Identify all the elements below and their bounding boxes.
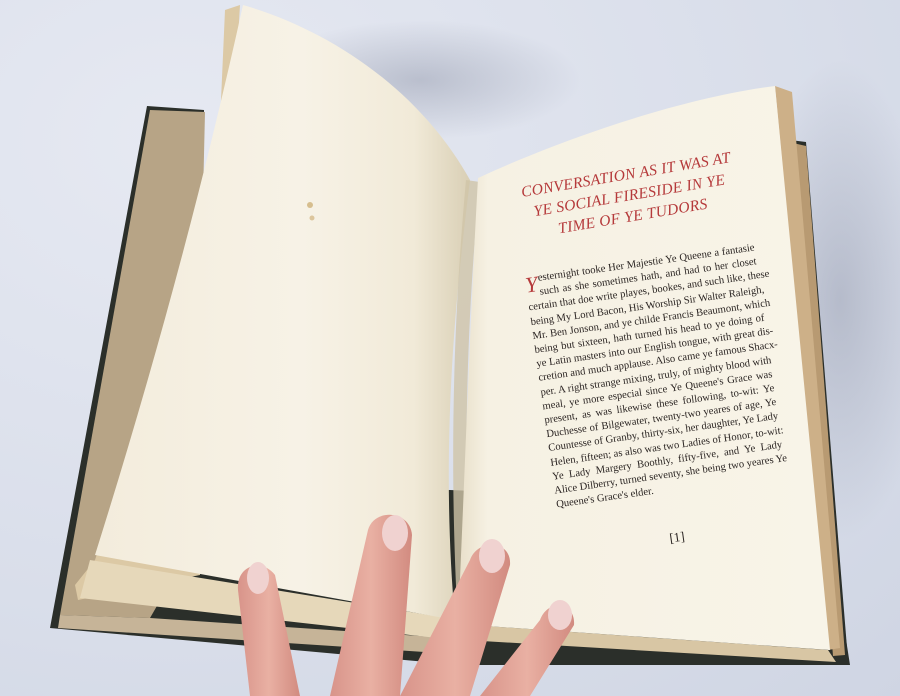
foxing-spot	[307, 202, 313, 208]
fingernail	[382, 515, 408, 551]
fingernail	[479, 539, 505, 573]
body-paragraph: Y esternight tooke Her Majestie Ye Queen…	[524, 241, 787, 512]
fingernail	[247, 562, 269, 594]
foxing-spot	[310, 216, 315, 221]
fingernail	[548, 600, 572, 630]
